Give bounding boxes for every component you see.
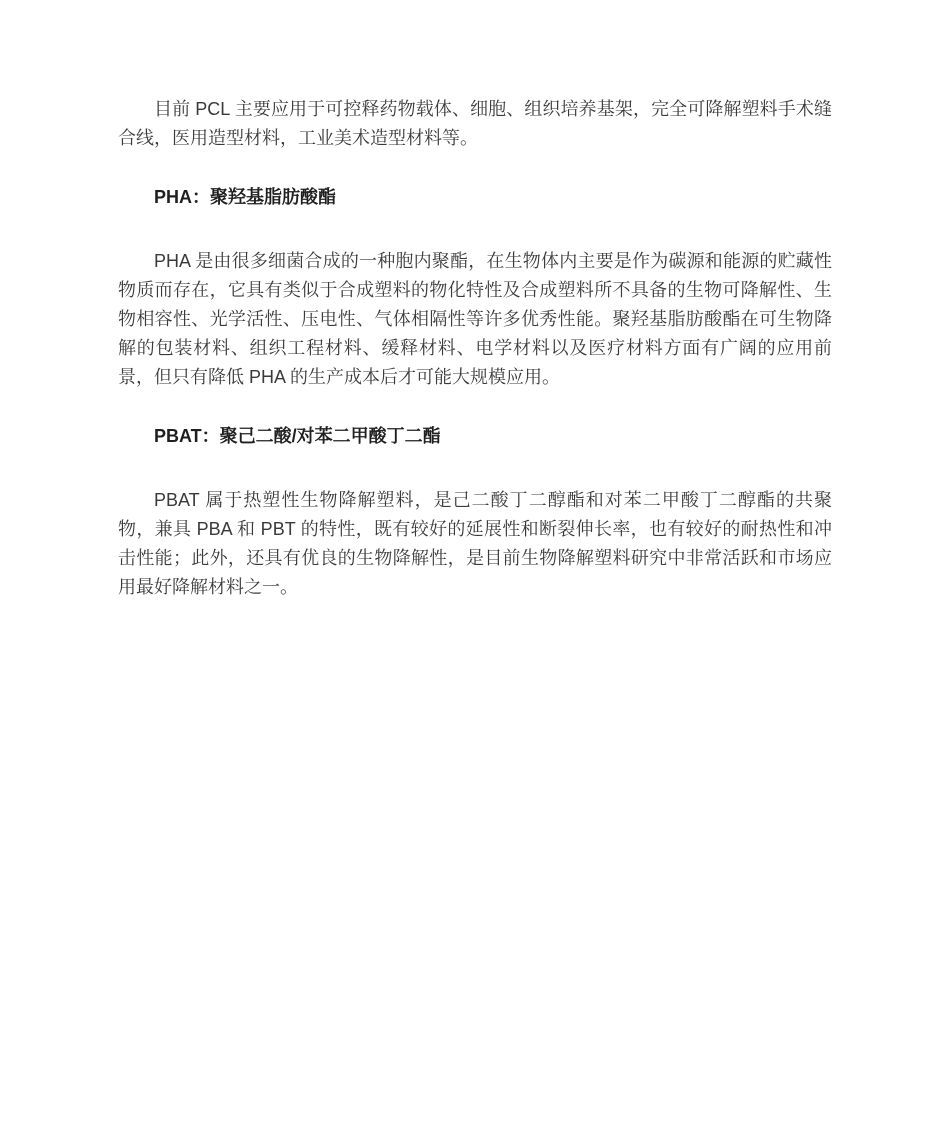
document-text-block: 目前 PCL 主要应用于可控释药物载体、细胞、组织培养基架，完全可降解塑料手术缝… xyxy=(118,95,832,602)
paragraph-pbat-description: PBAT 属于热塑性生物降解塑料，是己二酸丁二醇酯和对苯二甲酸丁二醇酯的共聚物，… xyxy=(118,486,832,602)
paragraph-pha-description: PHA 是由很多细菌合成的一种胞内聚酯，在生物体内主要是作为碳源和能源的贮藏性物… xyxy=(118,247,832,392)
paragraph-pcl-applications: 目前 PCL 主要应用于可控释药物载体、细胞、组织培养基架，完全可降解塑料手术缝… xyxy=(118,95,832,153)
heading-pha: PHA：聚羟基脂肪酸酯 xyxy=(118,183,832,212)
document-page: 目前 PCL 主要应用于可控释药物载体、细胞、组织培养基架，完全可降解塑料手术缝… xyxy=(0,0,950,1129)
heading-pbat: PBAT：聚己二酸/对苯二甲酸丁二酯 xyxy=(118,422,832,451)
